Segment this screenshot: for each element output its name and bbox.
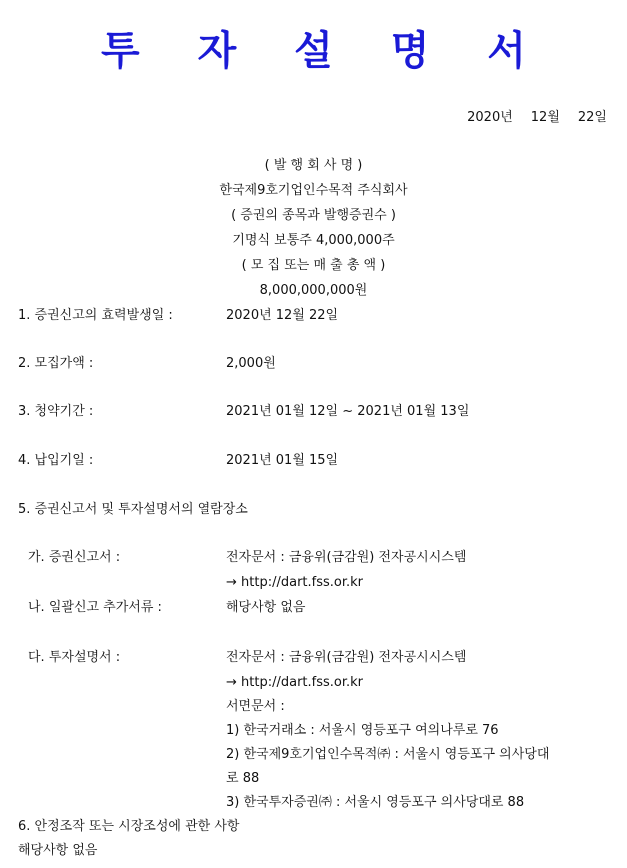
offering-value: 8,000,000,000원	[0, 283, 627, 299]
sub-a-label: 가. 증권신고서 :	[28, 550, 120, 566]
item-offering-price-value: 2,000원	[226, 356, 276, 372]
securities-value: 기명식 보통주 4,000,000주	[0, 233, 627, 249]
sub-c-line4: 1) 한국거래소 : 서울시 영등포구 여의나루로 76	[226, 723, 499, 739]
offering-label: ( 모 집 또는 매 출 총 액 )	[0, 258, 627, 274]
item-effective-date-label: 1. 증권신고의 효력발생일 :	[18, 308, 173, 324]
issuer-label: ( 발 행 회 사 명 )	[0, 158, 627, 174]
item-effective-date-value: 2020년 12월 22일	[226, 308, 338, 324]
section6-value: 해당사항 없음	[18, 843, 97, 859]
section6-heading: 6. 안정조작 또는 시장조성에 관한 사항	[18, 819, 239, 835]
item-payment-date-value: 2021년 01월 15일	[226, 453, 338, 469]
sub-a-link[interactable]: → http://dart.fss.or.kr	[226, 575, 363, 591]
document-title: 투 자 설 명 서	[0, 26, 627, 76]
section5-heading: 5. 증권신고서 및 투자설명서의 열람장소	[18, 502, 248, 518]
document-date: 2020년12월22일	[449, 110, 607, 126]
sub-c-line5: 2) 한국제9호기업인수목적㈜ : 서울시 영등포구 의사당대	[226, 747, 549, 763]
date-day: 22일	[578, 110, 607, 125]
sub-a-line1: 전자문서 : 금융위(금감원) 전자공시시스템	[226, 550, 466, 566]
sub-c-link[interactable]: → http://dart.fss.or.kr	[226, 675, 363, 691]
item-subscription-period-value: 2021년 01월 12일 ~ 2021년 01월 13일	[226, 404, 469, 420]
issuer-name: 한국제9호기업인수목적 주식회사	[0, 183, 627, 199]
item-offering-price-label: 2. 모집가액 :	[18, 356, 93, 372]
date-year: 2020년	[467, 110, 513, 125]
item-payment-date-label: 4. 납입기일 :	[18, 453, 93, 469]
sub-b-line1: 해당사항 없음	[226, 600, 305, 616]
sub-c-label: 다. 투자설명서 :	[28, 650, 120, 666]
date-month: 12월	[531, 110, 560, 125]
securities-label: ( 증권의 종목과 발행증권수 )	[0, 208, 627, 224]
sub-c-line7: 3) 한국투자증권㈜ : 서울시 영등포구 의사당대로 88	[226, 795, 524, 811]
sub-c-line3: 서면문서 :	[226, 699, 285, 715]
sub-c-line6: 로 88	[226, 771, 259, 787]
sub-b-label: 나. 일괄신고 추가서류 :	[28, 600, 162, 616]
item-subscription-period-label: 3. 청약기간 :	[18, 404, 93, 420]
sub-c-line1: 전자문서 : 금융위(금감원) 전자공시시스템	[226, 650, 466, 666]
